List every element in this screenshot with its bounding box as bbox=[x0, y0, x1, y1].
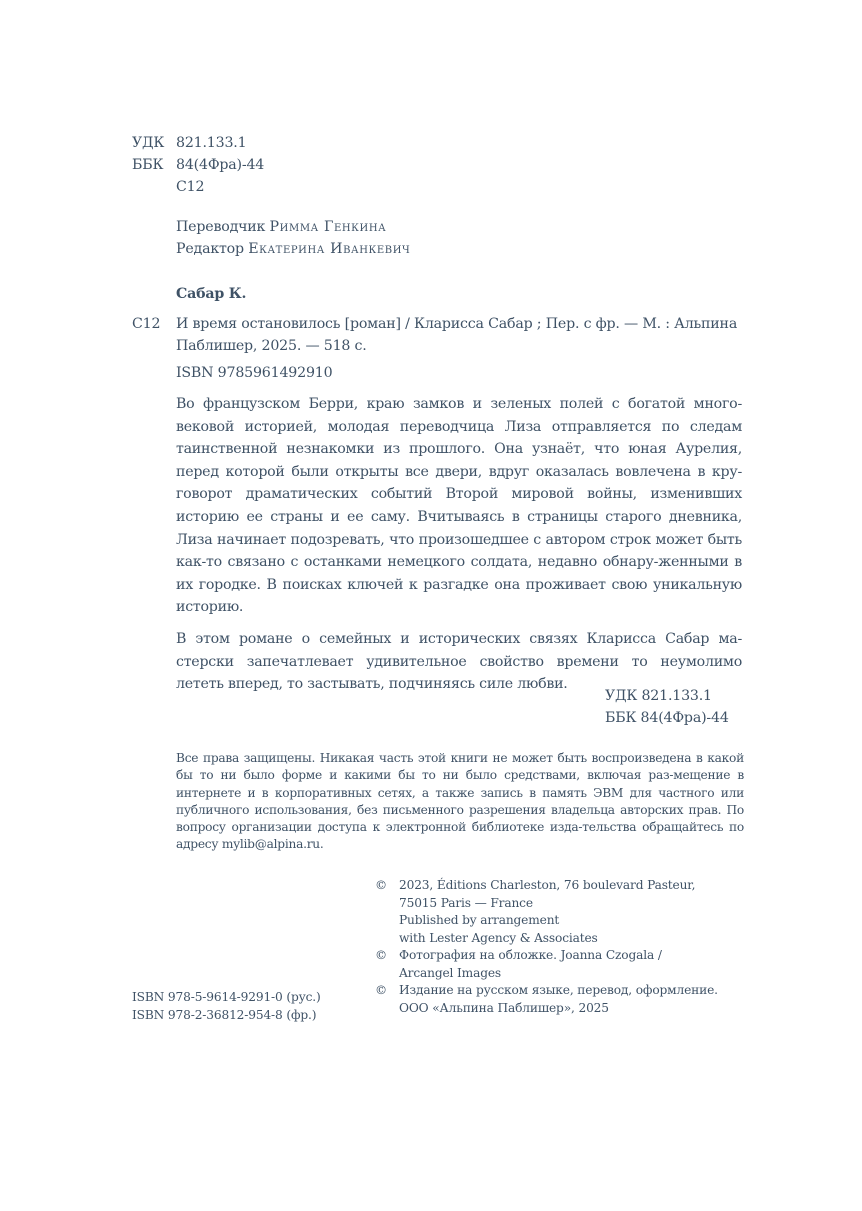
author-sign: С12 bbox=[176, 179, 204, 195]
rights-notice-text: Все права защищены. Никакая часть этой к… bbox=[176, 750, 744, 854]
copyright-entry: © Фотография на обложке. Joanna Czogala … bbox=[375, 947, 718, 982]
classification-block: УДК821.133.1 ББК84(4Фра)-44 С12 bbox=[132, 132, 264, 198]
annotation: Во французском Берри, краю замков и зеле… bbox=[176, 393, 742, 696]
credit-translator: Переводчик Римма Генкина bbox=[176, 216, 410, 238]
copyright-entry: © Издание на русском языке, перевод, офо… bbox=[375, 982, 718, 1017]
credit-role: Редактор bbox=[176, 241, 244, 257]
copyright-line: Arcangel Images bbox=[399, 965, 662, 983]
annotation-paragraph: Во французском Берри, краю замков и зеле… bbox=[176, 393, 742, 619]
copyright-icon: © bbox=[375, 947, 399, 982]
copyright-line: 75015 Paris — France bbox=[399, 895, 695, 913]
isbn-ru: ISBN 978-5-9614-9291-0 (рус.) bbox=[132, 989, 321, 1007]
isbn-list: ISBN 978-5-9614-9291-0 (рус.) ISBN 978-2… bbox=[132, 989, 321, 1024]
bib-description: И время остановилось [роман] / Кларисса … bbox=[176, 313, 737, 357]
bib-sign: С12 bbox=[132, 313, 160, 335]
author-sign-row: С12 bbox=[132, 176, 264, 198]
copyright-entry: © 2023, Éditions Charleston, 76 boulevar… bbox=[375, 877, 718, 947]
copyright-icon: © bbox=[375, 982, 399, 1017]
udk-right: УДК 821.133.1 bbox=[605, 685, 729, 707]
bib-isbn: ISBN 9785961492910 bbox=[176, 362, 332, 384]
udk-row: УДК821.133.1 bbox=[132, 132, 264, 154]
udk-label: УДК bbox=[132, 132, 176, 154]
copyright-line: with Lester Agency & Associates bbox=[399, 930, 695, 948]
bbk-row: ББК84(4Фра)-44 bbox=[132, 154, 264, 176]
bbk-label: ББК bbox=[132, 154, 176, 176]
credit-role: Переводчик bbox=[176, 219, 265, 235]
classification-right: УДК 821.133.1 ББК 84(4Фра)-44 bbox=[605, 685, 729, 729]
credit-name: Римма Генкина bbox=[270, 219, 387, 235]
copyright-list: © 2023, Éditions Charleston, 76 boulevar… bbox=[375, 877, 718, 1017]
bbk-right: ББК 84(4Фра)-44 bbox=[605, 707, 729, 729]
copyright-line: ООО «Альпина Паблишер», 2025 bbox=[399, 1000, 718, 1018]
copyright-line: 2023, Éditions Charleston, 76 boulevard … bbox=[399, 877, 695, 895]
isbn-fr: ISBN 978-2-36812-954-8 (фр.) bbox=[132, 1007, 321, 1025]
copyright-line: Издание на русском языке, перевод, оформ… bbox=[399, 982, 718, 1000]
bib-description-line: И время остановилось [роман] / Кларисса … bbox=[176, 313, 737, 335]
udk-value: 821.133.1 bbox=[176, 135, 246, 151]
bbk-value: 84(4Фра)-44 bbox=[176, 157, 264, 173]
credit-editor: Редактор Екатерина Иванкевич bbox=[176, 238, 410, 260]
rights-notice: Все права защищены. Никакая часть этой к… bbox=[176, 750, 744, 854]
copyright-line: Фотография на обложке. Joanna Czogala / bbox=[399, 947, 662, 965]
copyright-line: Published by arrangement bbox=[399, 912, 695, 930]
credits-block: Переводчик Римма Генкина Редактор Екатер… bbox=[176, 216, 410, 260]
credit-name: Екатерина Иванкевич bbox=[248, 241, 410, 257]
copyright-icon: © bbox=[375, 877, 399, 947]
author-heading: Сабар К. bbox=[176, 283, 246, 305]
bib-description-line: Паблишер, 2025. — 518 с. bbox=[176, 335, 737, 357]
